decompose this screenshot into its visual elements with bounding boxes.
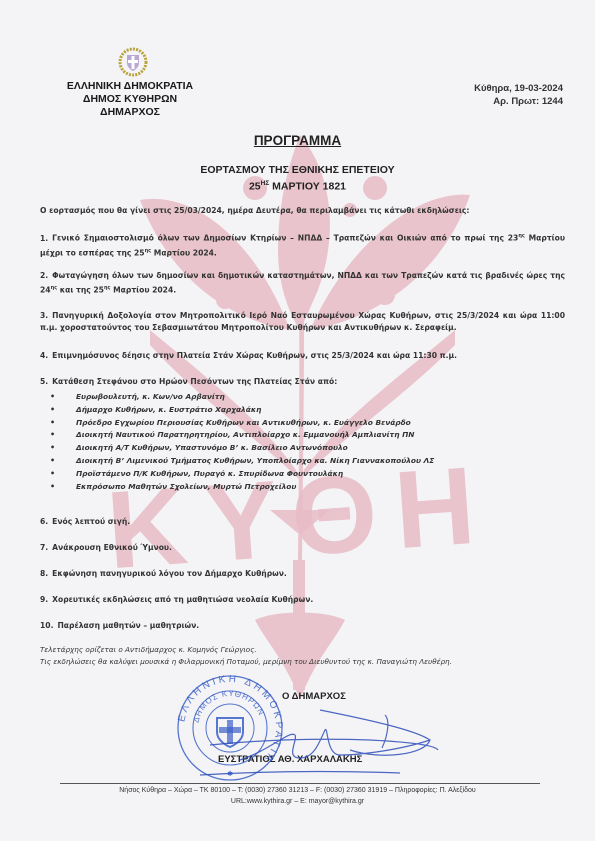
item-number: 9. [40,595,48,604]
program-item-5: 5.Κατάθεση Στεφάνου στο Ηρώον Πεσόντων τ… [40,376,565,388]
issuer-municipality: ΔΗΜΟΣ ΚΥΘΗΡΩΝ [40,93,220,106]
list-item: Δήμαρχο Κυθήρων, κ. Ευστράτιο Χαρχαλάκη [58,404,558,417]
item-text: Πανηγυρική Δοξολογία στον Μητροπολιτικό … [40,311,565,332]
list-item: Προϊστάμενο Π/Κ Κυθήρων, Πυραγό κ. Σπυρί… [58,468,558,481]
issuer-block: ΕΛΛΗΝΙΚΗ ΔΗΜΟΚΡΑΤΙΑ ΔΗΜΟΣ ΚΥΘΗΡΩΝ ΔΗΜΑΡΧ… [40,80,220,119]
item-number: 8. [40,569,48,578]
program-item-7: 7.Ανάκρουση Εθνικού Ύμνου. [40,542,565,554]
footer-contact: Νήσος Κύθηρα – Χώρα – ΤΚ 80100 – Τ: (003… [0,786,595,807]
program-item-3: 3.Πανηγυρική Δοξολογία στον Μητροπολιτικ… [40,310,565,334]
wreath-laying-list: Ευρωβουλευτή, κ. Κων/νο Αρβανίτη Δήμαρχο… [58,391,558,493]
subtitle-line-2: 25ΗΣ ΜΑΡΤΙΟΥ 1821 [0,177,595,194]
item-text: Χορευτικές εκδηλώσεις από τη μαθητιώσα ν… [52,595,313,604]
footer-web-email: URL:www.kythira.gr – E: mayor@kythira.gr [0,797,595,808]
list-item: Διοικητή Α/Τ Κυθήρων, Υπαστυνόμο Β’ κ. Β… [58,442,558,455]
subtitle-ordinal: ΗΣ [261,180,270,187]
document-meta: Κύθηρα, 19-03-2024 Αρ. Πρωτ: 1244 [474,82,563,108]
issuer-republic: ΕΛΛΗΝΙΚΗ ΔΗΜΟΚΡΑΤΙΑ [40,80,220,93]
master-of-ceremonies-note: Τελετάρχης ορίζεται ο Αντιδήμαρχος κ. Κο… [40,645,585,654]
greek-coat-of-arms-icon [118,47,148,77]
item-text: Μαρτίου 2024. [151,248,217,257]
document-content: ΕΛΛΗΝΙΚΗ ΔΗΜΟΚΡΑΤΙΑ ΔΗΜΟΣ ΚΥΘΗΡΩΝ ΔΗΜΑΡΧ… [0,0,595,841]
document-title: ΠΡΟΓΡΑΜΜΑ [0,133,595,148]
place-date: Κύθηρα, 19-03-2024 [474,82,563,95]
program-item-1: 1.Γενικό Σημαιοστολισμό όλων των Δημοσίω… [40,230,565,259]
program-item-2: 2.Φωταγώγηση όλων των δημοσίων και δημοτ… [40,270,565,297]
document-subtitle: ΕΟΡΤΑΣΜΟΥ ΤΗΣ ΕΘΝΙΚΗΣ ΕΠΕΤΕΙΟΥ 25ΗΣ ΜΑΡΤ… [0,164,595,194]
handwritten-signature [200,700,440,780]
item-number: 3. [40,311,48,320]
list-item: Διοικητή Ναυτικού Παρατηρητηρίου, Αντιπλ… [58,429,558,442]
intro-paragraph: Ο εορτασμός που θα γίνει στις 25/03/2024… [40,206,580,215]
issuer-office: ΔΗΜΑΡΧΟΣ [40,106,220,119]
subtitle-day: 25 [249,181,261,193]
item-number: 10. [40,621,53,630]
program-item-10: 10.Παρέλαση μαθητών – μαθητριών. [40,620,565,632]
item-text: Κατάθεση Στεφάνου στο Ηρώον Πεσόντων της… [52,377,337,386]
item-number: 6. [40,517,48,526]
program-item-9: 9.Χορευτικές εκδηλώσεις από τη μαθητιώσα… [40,594,565,606]
list-item: Εκπρόσωπο Μαθητών Σχολείων, Μυρτώ Πετροχ… [58,481,558,494]
music-note: Τις εκδηλώσεις θα καλύψει μουσικά η Φιλα… [40,657,585,666]
item-text: και της 25 [57,286,104,295]
item-text: Μαρτίου 2024. [110,286,176,295]
protocol-number: Αρ. Πρωτ: 1244 [474,95,563,108]
list-item: Διοικητή Β’ Λιμενικού Τμήματος Κυθήρων, … [58,455,558,468]
item-text: Ενός λεπτού σιγή. [52,517,130,526]
item-text: Ανάκρουση Εθνικού Ύμνου. [52,543,172,552]
item-number: 2. [40,271,48,280]
item-text: Επιμνημόσυνος δέησις στην Πλατεία Στάν Χ… [52,351,457,360]
item-number: 7. [40,543,48,552]
item-number: 1. [40,234,48,243]
document-page: ΚΥΘΗ ΕΛΛΗΝΙΚΗ ΔΗΜΟΚΡΑΤΙΑ ΔΗΜΟΣ ΚΥΘΗΡΩΝ Δ… [0,0,595,841]
item-text: Εκφώνηση πανηγυρικού λόγου τον Δήμαρχο Κ… [52,569,287,578]
list-item: Πρόεδρο Εγχωρίου Περιουσίας Κυθήρων και … [58,417,558,430]
footer-divider [60,783,540,784]
item-number: 5. [40,377,48,386]
item-text: Παρέλαση μαθητών – μαθητριών. [57,621,199,630]
program-item-6: 6.Ενός λεπτού σιγή. [40,516,565,528]
program-item-4: 4.Επιμνημόσυνος δέησις στην Πλατεία Στάν… [40,350,565,362]
item-number: 4. [40,351,48,360]
program-item-8: 8.Εκφώνηση πανηγυρικού λόγου τον Δήμαρχο… [40,568,565,580]
item-text: Γενικό Σημαιοστολισμό όλων των Δημοσίων … [52,234,518,243]
subtitle-line-1: ΕΟΡΤΑΣΜΟΥ ΤΗΣ ΕΘΝΙΚΗΣ ΕΠΕΤΕΙΟΥ [0,164,595,177]
list-item: Ευρωβουλευτή, κ. Κων/νο Αρβανίτη [58,391,558,404]
subtitle-month-year: ΜΑΡΤΙΟΥ 1821 [269,181,346,193]
footer-address: Νήσος Κύθηρα – Χώρα – ΤΚ 80100 – Τ: (003… [0,786,595,797]
